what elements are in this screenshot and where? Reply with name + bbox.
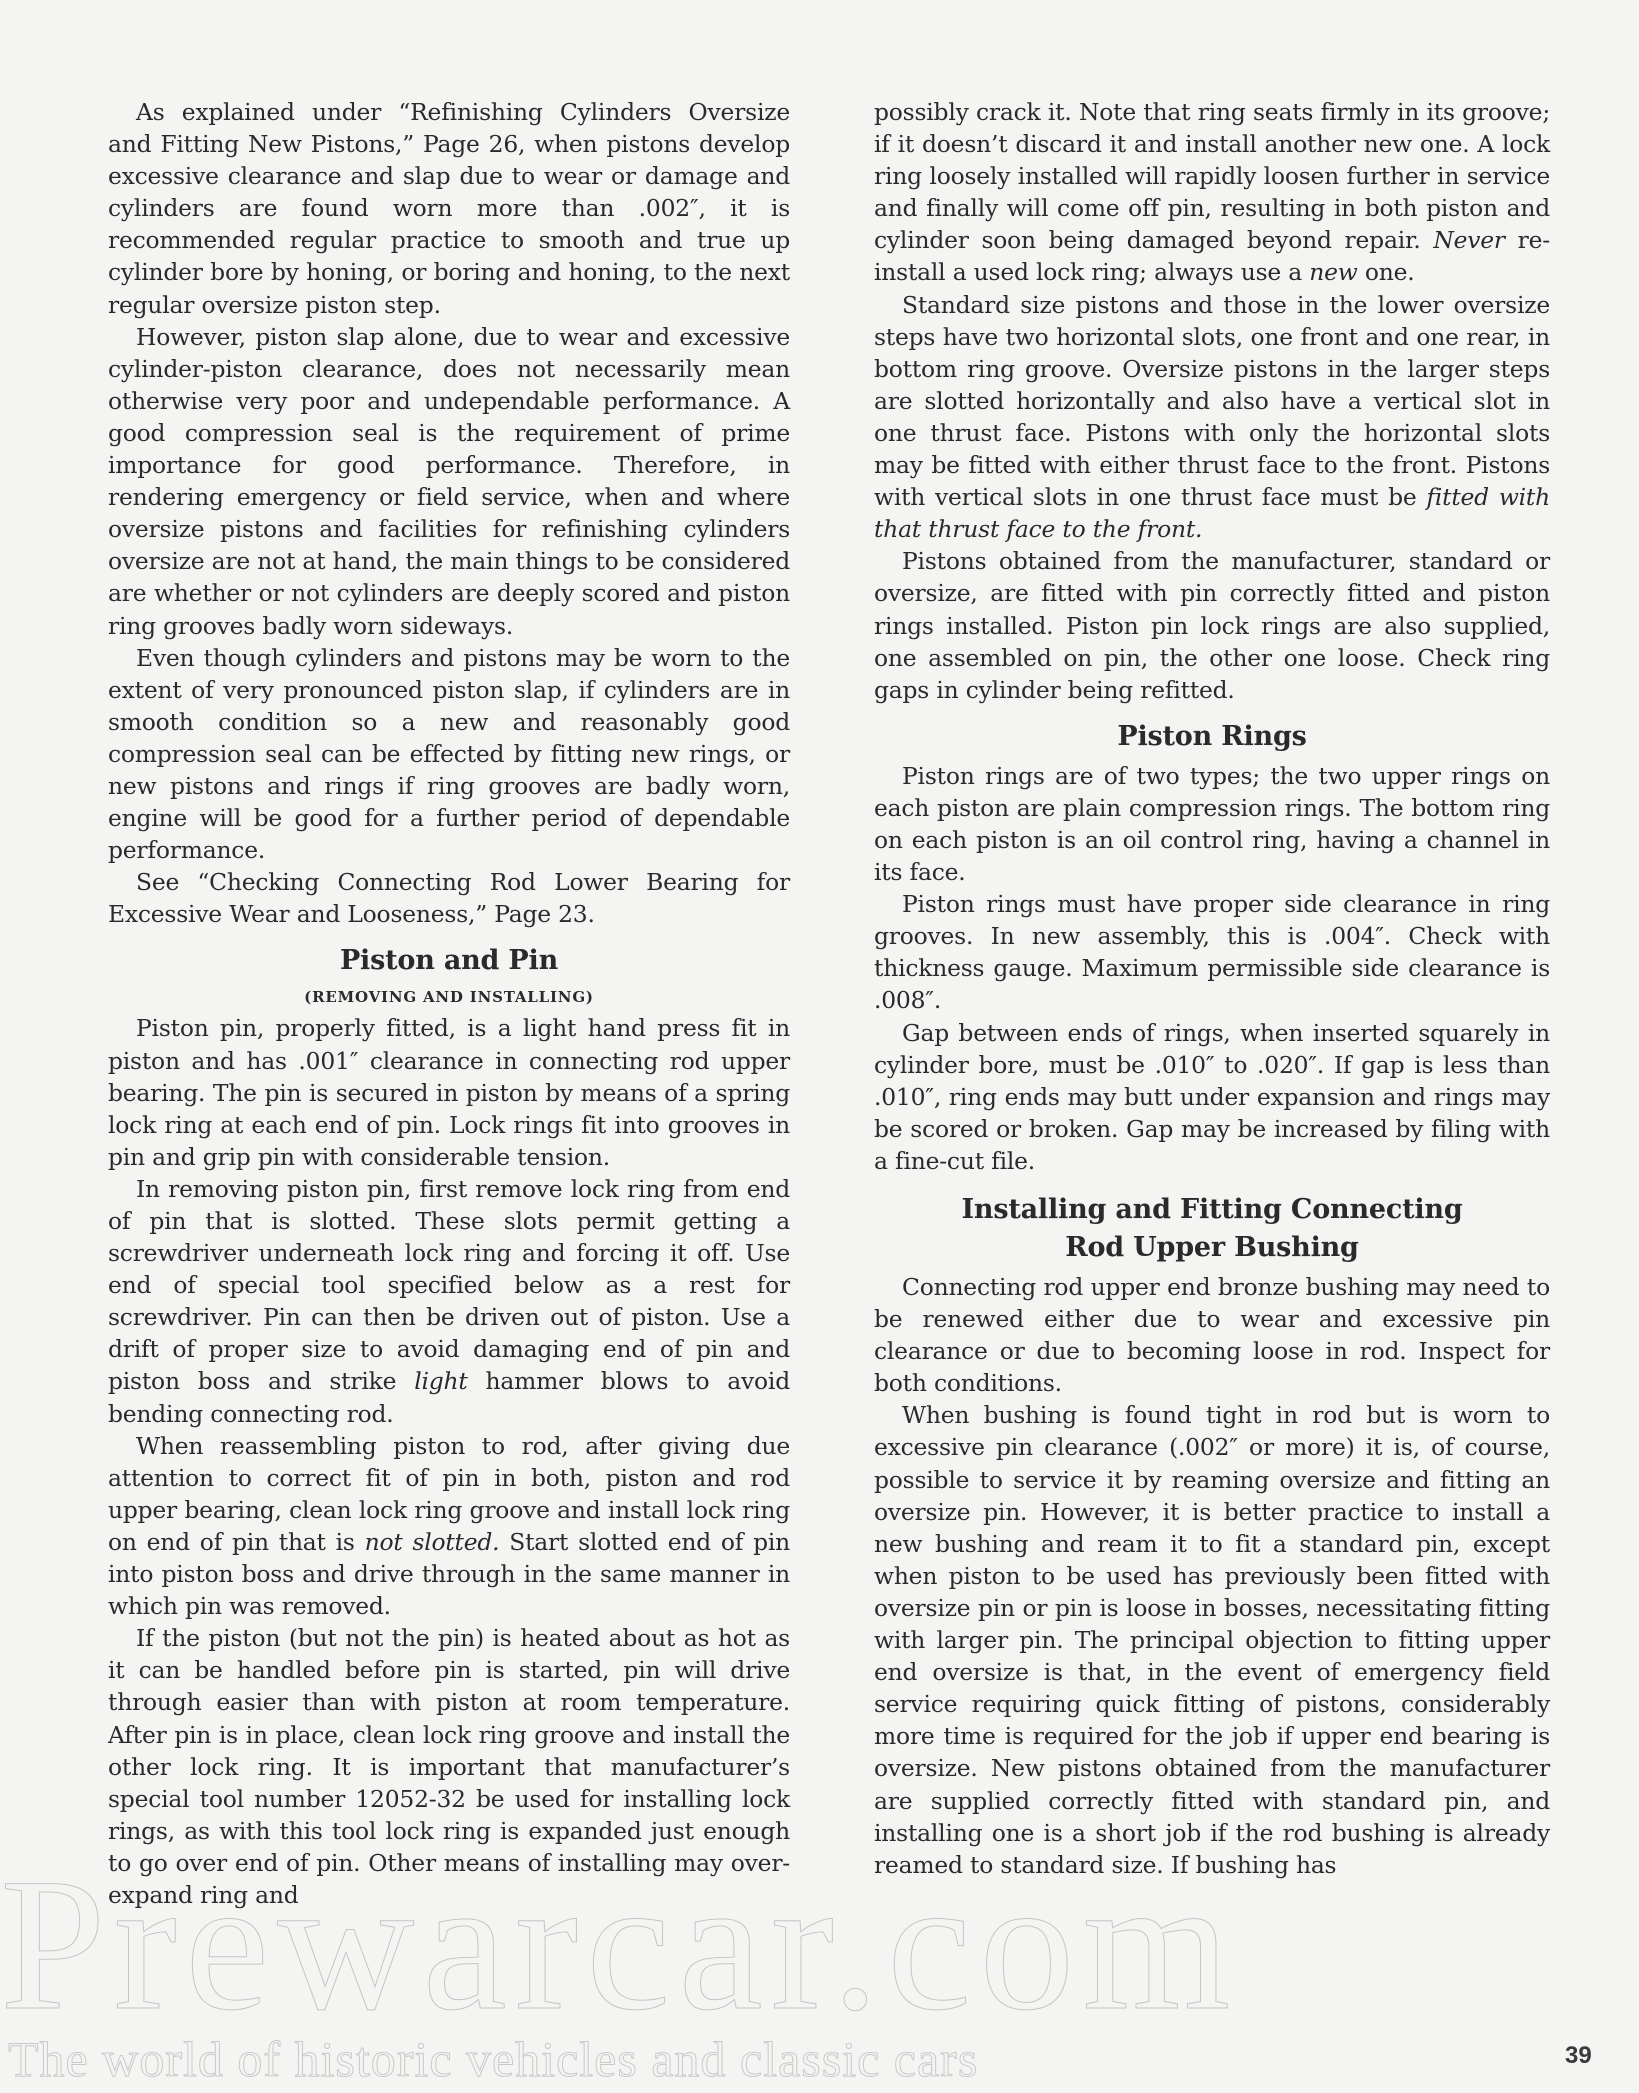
paragraph-bushing-reaming: When bushing is found tight in rod but i… <box>874 1399 1550 1880</box>
heading-line-1: Installing and Fitting Connecting <box>961 1194 1462 1225</box>
paragraph-removing-pin: In removing piston pin, first remove loc… <box>108 1173 790 1430</box>
heading-piston-and-pin: Piston and Pin <box>108 942 790 980</box>
paragraph-heating-piston: If the piston (but not the pin) is heate… <box>108 1622 790 1911</box>
paragraph-pistons-obtained: Pistons obtained from the manufacturer, … <box>874 545 1550 705</box>
heading-line-2: Rod Upper Bushing <box>1065 1232 1358 1263</box>
heading-piston-rings: Piston Rings <box>874 718 1550 756</box>
paragraph-piston-slap: However, piston slap alone, due to wear … <box>108 321 790 642</box>
left-column: As explained under “Refinishing Cylinder… <box>108 96 790 1911</box>
page-number: 39 <box>1565 2042 1592 2070</box>
text-span: In removing piston pin, first remove loc… <box>108 1175 790 1396</box>
emphasis-light: light <box>414 1367 467 1395</box>
right-column: possibly crack it. Note that ring seats … <box>874 96 1550 1881</box>
paragraph-side-clearance: Piston rings must have proper side clear… <box>874 888 1550 1016</box>
paragraph-lock-ring-continued: possibly crack it. Note that ring seats … <box>874 96 1550 289</box>
paragraph-reassembling: When reassembling piston to rod, after g… <box>108 1430 790 1623</box>
paragraph-worn-cylinders: Even though cylinders and pistons may be… <box>108 642 790 867</box>
manual-page: As explained under “Refinishing Cylinder… <box>0 0 1639 2093</box>
paragraph-bushing-renewal: Connecting rod upper end bronze bushing … <box>874 1271 1550 1399</box>
emphasis-not-slotted: not slotted. <box>365 1528 500 1556</box>
paragraph-see-reference: See “Checking Connecting Rod Lower Beari… <box>108 866 790 930</box>
text-span: Standard size pistons and those in the l… <box>874 291 1550 512</box>
emphasis-new: new <box>1309 258 1357 286</box>
text-span: one. <box>1358 258 1415 286</box>
subheading-removing-installing: (REMOVING AND INSTALLING) <box>108 984 790 1010</box>
paragraph-ring-gap: Gap between ends of rings, when inserted… <box>874 1017 1550 1177</box>
paragraph-standard-size-pistons: Standard size pistons and those in the l… <box>874 289 1550 546</box>
paragraph-refinishing-reference: As explained under “Refinishing Cylinder… <box>108 96 790 321</box>
paragraph-ring-types: Piston rings are of two types; the two u… <box>874 760 1550 888</box>
heading-connecting-rod-bushing: Installing and Fitting Connecting Rod Up… <box>874 1191 1550 1267</box>
emphasis-never: Never <box>1433 226 1505 254</box>
paragraph-piston-pin-fit: Piston pin, properly fitted, is a light … <box>108 1012 790 1172</box>
watermark-tagline: The world of historic vehicles and class… <box>8 2030 978 2088</box>
